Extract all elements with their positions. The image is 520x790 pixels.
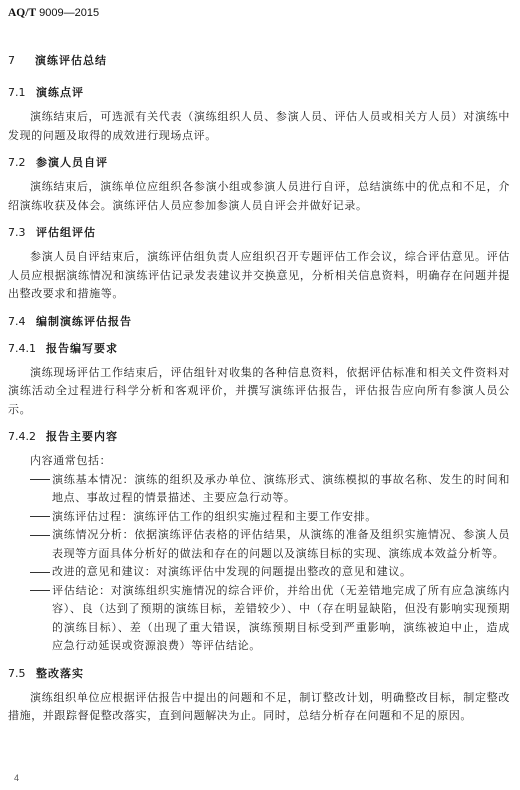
- section-heading-7-4: 7.4编制演练评估报告: [8, 313, 510, 331]
- standard-number: 9009—2015: [39, 7, 99, 19]
- dash-bullet: [30, 563, 52, 582]
- section-number: 7.5: [8, 665, 36, 683]
- section-title: 编制演练评估报告: [36, 315, 132, 328]
- section-number: 7.3: [8, 224, 36, 242]
- section-7-5-paragraph: 演练组织单位应根据评估报告中提出的问题和不足，制订整改计划，明确整改目标，制定整…: [8, 689, 510, 726]
- list-item: 改进的意见和建议：对演练评估中发现的问题提出整改的意见和建议。: [8, 563, 510, 582]
- section-heading-7-1: 7.1演练点评: [8, 84, 510, 102]
- report-contents-list: 演练基本情况：演练的组织及承办单位、演练形式、演练模拟的事故名称、发生的时间和地…: [8, 471, 510, 656]
- section-heading-7-4-1: 7.4.1报告编写要求: [8, 340, 510, 358]
- list-item: 演练基本情况：演练的组织及承办单位、演练形式、演练模拟的事故名称、发生的时间和地…: [8, 471, 510, 508]
- list-item: 演练情况分析：依据演练评估表格的评估结果，从演练的准备及组织实施情况、参演人员表…: [8, 526, 510, 563]
- section-title: 整改落实: [36, 667, 84, 680]
- section-heading-7: 7演练评估总结: [8, 52, 510, 70]
- section-heading-7-5: 7.5整改落实: [8, 665, 510, 683]
- section-title: 参演人员自评: [36, 156, 108, 169]
- section-number: 7.4.2: [8, 428, 46, 446]
- section-title: 评估组评估: [36, 226, 96, 239]
- list-item: 演练评估过程：演练评估工作的组织实施过程和主要工作安排。: [8, 508, 510, 527]
- list-item: 评估结论：对演练组织实施情况的综合评价，并给出优（无差错地完成了所有应急演练内容…: [8, 582, 510, 656]
- dash-bullet: [30, 526, 52, 545]
- dash-bullet: [30, 508, 52, 527]
- section-title: 报告主要内容: [46, 430, 118, 443]
- section-7-1-paragraph: 演练结束后，可选派有关代表（演练组织人员、参演人员、评估人员或相关方人员）对演练…: [8, 108, 510, 145]
- section-heading-7-3: 7.3评估组评估: [8, 224, 510, 242]
- section-title: 演练点评: [36, 86, 84, 99]
- section-heading-7-4-2: 7.4.2报告主要内容: [8, 428, 510, 446]
- document-body: 7演练评估总结 7.1演练点评 演练结束后，可选派有关代表（演练组织人员、参演人…: [8, 52, 510, 735]
- section-number: 7.1: [8, 84, 36, 102]
- page-header: AQ/T9009—2015: [8, 6, 99, 19]
- section-number: 7.4: [8, 313, 36, 331]
- section-title: 报告编写要求: [46, 342, 118, 355]
- section-number: 7.2: [8, 154, 36, 172]
- section-7-3-paragraph: 参演人员自评结束后，演练评估组负责人应组织召开专题评估工作会议，综合评估意见。评…: [8, 248, 510, 304]
- section-heading-7-2: 7.2参演人员自评: [8, 154, 510, 172]
- section-7-2-paragraph: 演练结束后，演练单位应组织各参演小组或参演人员进行自评，总结演练中的优点和不足，…: [8, 178, 510, 215]
- standard-code: AQ/T: [8, 7, 36, 19]
- dash-bullet: [30, 582, 52, 601]
- dash-bullet: [30, 471, 52, 490]
- section-7-4-2-intro: 内容通常包括：: [8, 452, 510, 471]
- section-number: 7: [8, 52, 35, 70]
- section-number: 7.4.1: [8, 340, 46, 358]
- section-7-4-1-paragraph: 演练现场评估工作结束后，评估组针对收集的各种信息资料，依据评估标准和相关文件资料…: [8, 364, 510, 420]
- section-title: 演练评估总结: [35, 54, 107, 67]
- page-number: 4: [14, 773, 19, 783]
